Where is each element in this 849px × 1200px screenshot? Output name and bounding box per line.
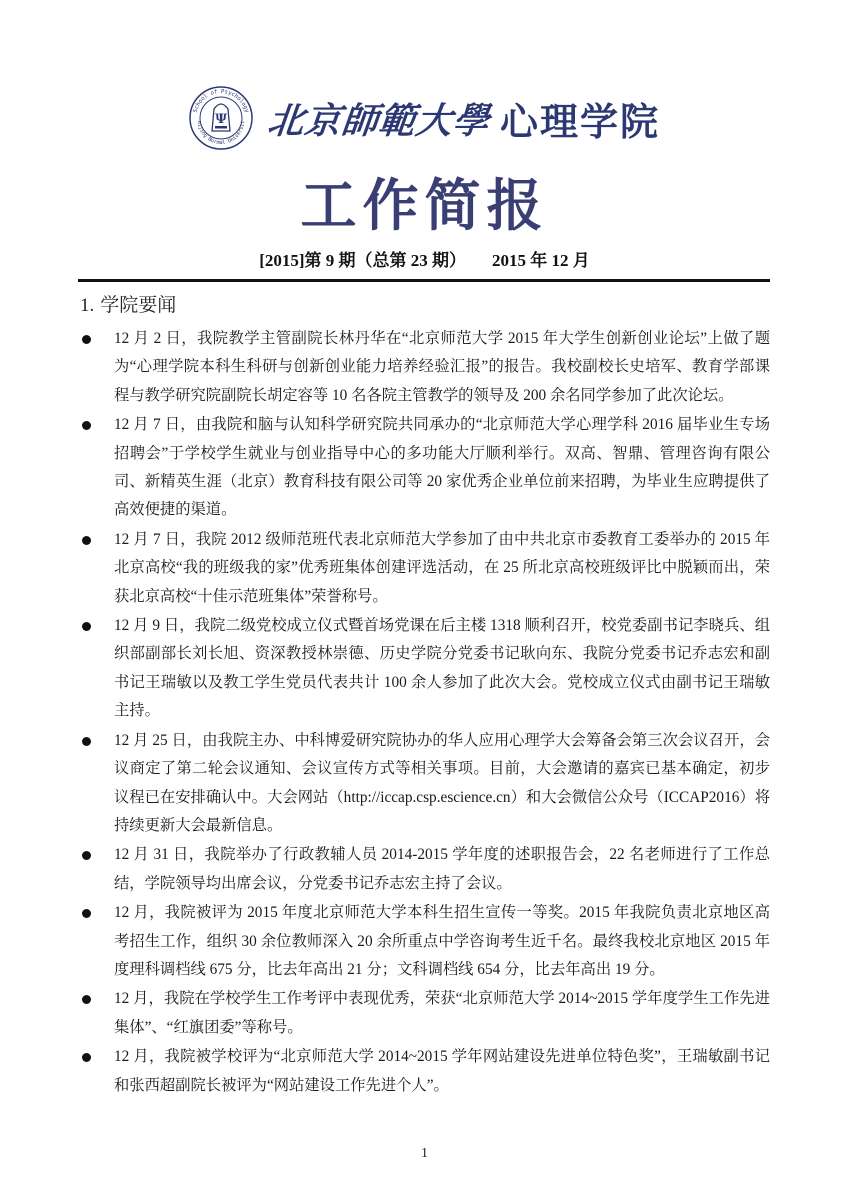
list-item: 12 月 2 日，我院教学主管副院长林丹华在“北京师范大学 2015 年大学生创…	[78, 325, 770, 410]
list-item: 12 月 9 日，我院二级党校成立仪式暨首场党课在后主楼 1318 顺利召开，校…	[78, 612, 770, 726]
news-text: 12 月，我院在学校学生工作考评中表现优秀，荣获“北京师范大学 2014~201…	[114, 990, 770, 1035]
news-text: 12 月 7 日，我院 2012 级师范班代表北京师范大学参加了由中共北京市委教…	[114, 531, 770, 605]
news-text: 12 月 2 日，我院教学主管副院长林丹华在“北京师范大学 2015 年大学生创…	[114, 330, 770, 404]
list-item: 12 月 25 日，由我院主办、中科博爱研究院协办的华人应用心理学大会筹备会第三…	[78, 727, 770, 841]
university-name: 北京師範大學	[265, 93, 492, 144]
svg-text:Ψ: Ψ	[215, 112, 227, 127]
document-title: 工作简报	[0, 162, 849, 242]
page-number: 1	[0, 1146, 849, 1162]
list-item: 12 月，我院被评为 2015 年度北京师范大学本科生招生宣传一等奖。2015 …	[78, 899, 770, 984]
news-text: 12 月 25 日，由我院主办、中科博爱研究院协办的华人应用心理学大会筹备会第三…	[114, 732, 770, 834]
section-heading: 1.学院要闻	[80, 290, 176, 317]
bullet-icon	[82, 851, 91, 860]
bullet-icon	[82, 995, 91, 1004]
issue-number: [2015]第 9 期（总第 23 期）	[259, 251, 466, 270]
bullet-icon	[82, 622, 91, 631]
list-item: 12 月，我院被学校评为“北京师范大学 2014~2015 学年网站建设先进单位…	[78, 1043, 770, 1100]
list-item: 12 月，我院在学校学生工作考评中表现优秀，荣获“北京师范大学 2014~201…	[78, 985, 770, 1042]
issue-date: 2015 年 12 月	[492, 251, 590, 270]
news-text: 12 月 7 日，由我院和脑与认知科学研究院共同承办的“北京师范大学心理学科 2…	[114, 416, 770, 518]
letterhead: Ψ School of Psychology Beijing Normal Un…	[188, 78, 660, 158]
section-number: 1.	[80, 295, 94, 316]
news-text: 12 月 31 日，我院举办了行政教辅人员 2014-2015 学年度的述职报告…	[114, 846, 770, 891]
issue-info: [2015]第 9 期（总第 23 期）2015 年 12 月	[0, 246, 849, 271]
news-text: 12 月，我院被评为 2015 年度北京师范大学本科生招生宣传一等奖。2015 …	[114, 904, 770, 978]
bullet-icon	[82, 335, 91, 344]
list-item: 12 月 7 日，由我院和脑与认知科学研究院共同承办的“北京师范大学心理学科 2…	[78, 411, 770, 525]
bullet-icon	[82, 909, 91, 918]
news-text: 12 月 9 日，我院二级党校成立仪式暨首场党课在后主楼 1318 顺利召开，校…	[114, 617, 770, 719]
bullet-icon	[82, 421, 91, 430]
list-item: 12 月 7 日，我院 2012 级师范班代表北京师范大学参加了由中共北京市委教…	[78, 526, 770, 611]
news-list: 12 月 2 日，我院教学主管副院长林丹华在“北京师范大学 2015 年大学生创…	[78, 325, 770, 1101]
psychology-school-seal-icon: Ψ School of Psychology Beijing Normal Un…	[188, 85, 254, 151]
news-text: 12 月，我院被学校评为“北京师范大学 2014~2015 学年网站建设先进单位…	[114, 1048, 770, 1093]
bullet-icon	[82, 1053, 91, 1062]
list-item: 12 月 31 日，我院举办了行政教辅人员 2014-2015 学年度的述职报告…	[78, 841, 770, 898]
bullet-icon	[82, 737, 91, 746]
bullet-icon	[82, 536, 91, 545]
header-divider	[78, 279, 770, 282]
section-title: 学院要闻	[100, 294, 176, 316]
school-name: 心理学院	[500, 91, 660, 146]
